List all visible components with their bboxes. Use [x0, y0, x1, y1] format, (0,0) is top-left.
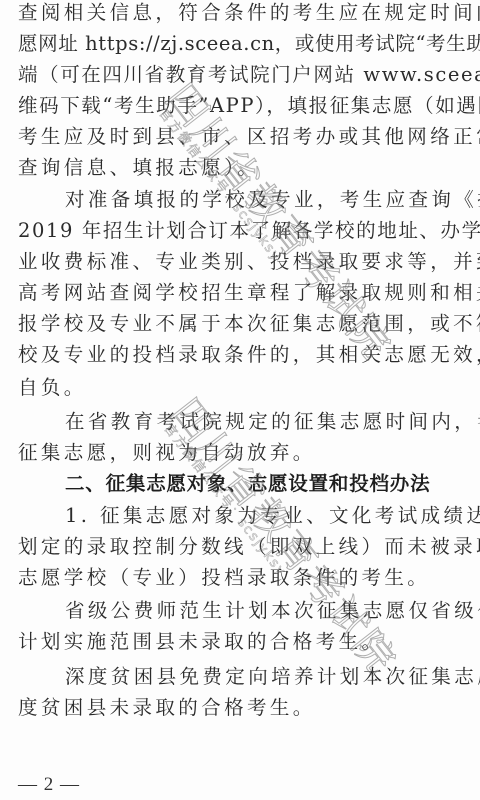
- text-line: 对准备填报的学校及专业，考生应查询《招生考试报》: [65, 187, 480, 213]
- text-line: 在省教育考试院规定的征集志愿时间内，考生若未填报: [65, 409, 480, 435]
- text-line: 省级公费师范生计划本次征集志愿仅省级公费师范生: [65, 598, 480, 624]
- text-line: 计划实施范围县未录取的合格考生。: [18, 629, 384, 655]
- text-line: 2019 年招生计划合订本了解各学校的地址、办学性质、各专: [18, 218, 480, 244]
- section-heading: 二、征集志愿对象、志愿设置和投档办法: [65, 471, 430, 497]
- text-line: 志愿学校（专业）投档录取条件的考生。: [18, 565, 430, 591]
- text-line: 端（可在四川省教育考试院门户网站 www.sceea.cn 上扫描二: [18, 62, 480, 88]
- text-line: 维码下载“考生助手”APP），填报征集志愿（如遇网络不通，: [18, 93, 480, 119]
- text-line: 度贫困县未录取的合格考生。: [18, 695, 316, 721]
- text-line: 征集志愿，则视为自动放弃。: [18, 440, 316, 466]
- text-line: 深度贫困县免费定向培养计划本次征集志愿仅 45 个深: [65, 664, 480, 690]
- text-line: 查询信息、填报志愿）。: [18, 155, 260, 181]
- text-line: 愿网址 https://zj.sceea.cn，或使用考试院“考生助手”手机客户: [18, 31, 480, 57]
- text-line: 报学校及专业不属于本次征集志愿范围，或不符合所填报学: [18, 311, 480, 337]
- text-line: 自负。: [18, 375, 87, 401]
- text-line: 划定的录取控制分数线（即双上线）而未被录取，符合征集: [18, 534, 480, 560]
- text-line: 校及专业的投档录取条件的，其相关志愿无效，责任由考生: [18, 342, 480, 368]
- text-line: 高考网站查阅学校招生章程了解录取规则和相关要求。所填: [18, 280, 480, 306]
- text-line: 考生应及时到县、市、区招考办或其他网络正常的地方上网: [18, 124, 480, 150]
- text-line: 业收费标准、专业类别、投档录取要求等，并到教育部阳光: [18, 249, 480, 275]
- text-line: 查阅相关信息，符合条件的考生应在规定时间内登录征集志: [18, 0, 480, 26]
- text-line: 1. 征集志愿对象为专业、文化考试成绩达到省招考委: [65, 503, 480, 529]
- document-page: 查阅相关信息，符合条件的考生应在规定时间内登录征集志愿网址 https://zj…: [0, 0, 480, 800]
- page-number: — 2 —: [18, 772, 80, 798]
